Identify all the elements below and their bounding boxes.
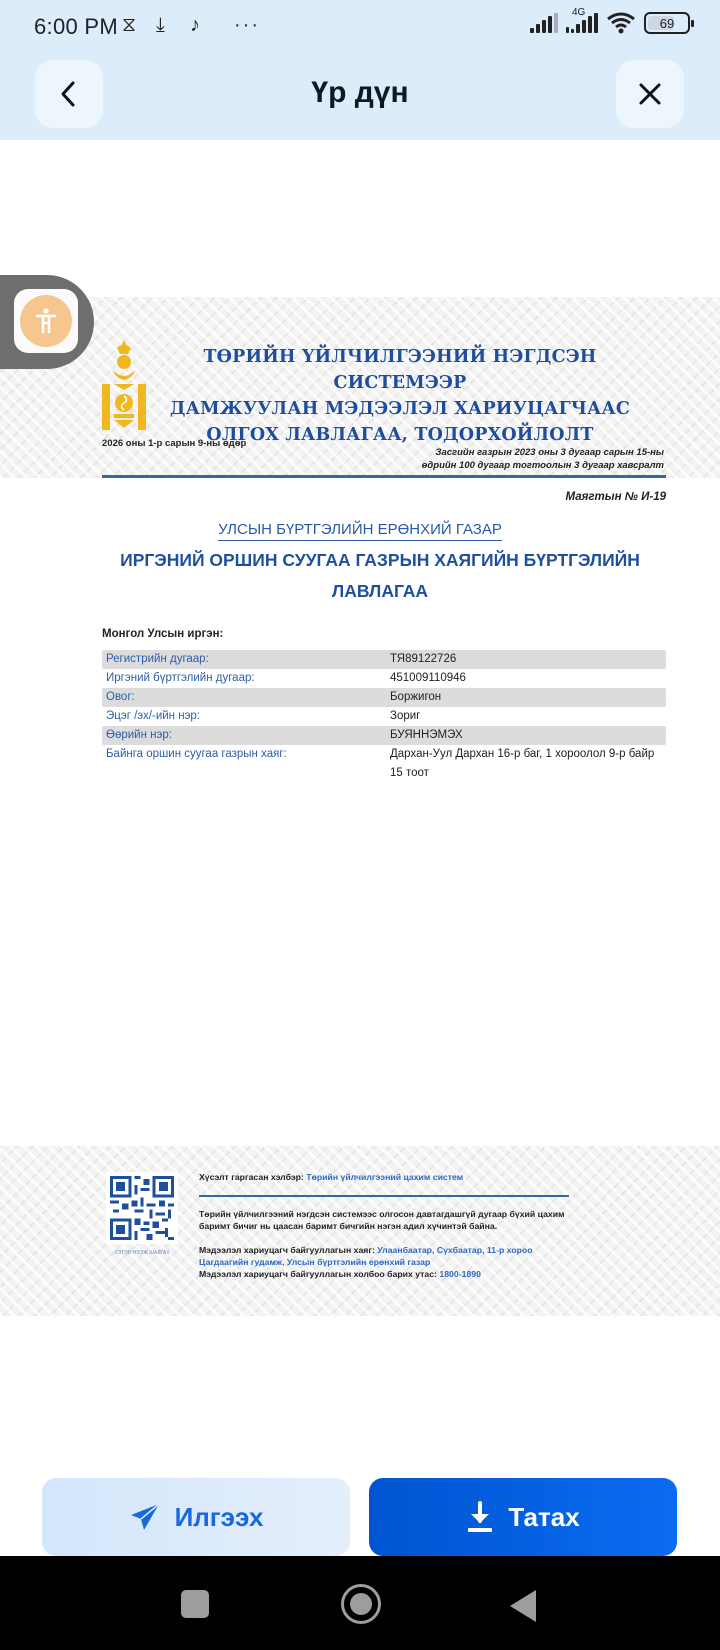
request-method: Хүсэлт гаргасан хэлбэр: Төрийн үйлчилгээ… [199,1172,579,1184]
field-row: Овог: Боржигон [102,688,666,707]
government-resolution: Засгийн газрын 2023 оны 3 дугаар сарын 1… [422,446,664,472]
document-title: ИРГЭНИЙ ОРШИН СУУГАА ГАЗРЫН ХАЯГИЙН БҮРТ… [120,545,640,607]
document-issuer-title: ТӨРИЙН ҮЙЛЧИЛГЭЭНИЙ НЭГДСЭН СИСТЕМЭЭР ДА… [150,344,650,448]
field-value: 451009110946 [390,669,666,688]
validity-notice: Төрийн үйлчилгээний нэгдсэн системээс ол… [199,1208,579,1232]
footer-divider [199,1195,569,1197]
back-triangle-icon[interactable] [510,1590,536,1622]
field-row: Эцэг /эх/-ийн нэр: Зориг [102,707,666,726]
soyombo-emblem-icon [100,340,148,432]
status-bar: 6:00 PM ⧖ ⤓ ♪ ··· 4G 69 [0,0,720,52]
signal-4g-icon: 4G [566,13,598,33]
download-icon: ⤓ [156,14,165,37]
field-value: БУЯННЭМЭХ [390,726,666,745]
accessibility-icon [34,307,58,335]
field-label: Иргэний бүртгэлийн дугаар: [102,669,390,688]
qr-caption: ХЭТЭВ НЭЭЖ ШАЛГАХ [104,1250,180,1256]
system-nav-bar [0,1556,720,1650]
wifi-icon [606,12,636,34]
close-icon [638,82,662,106]
qr-code [106,1172,178,1244]
send-button[interactable]: Илгээх [42,1478,350,1556]
citizen-fields-table: Регистрийн дугаар: ТЯ89122726 Иргэний бү… [102,650,666,783]
home-icon[interactable] [341,1584,381,1624]
field-row: Регистрийн дугаар: ТЯ89122726 [102,650,666,669]
capcut-icon: ⧖ [122,14,136,37]
field-label: Овог: [102,688,390,707]
download-icon [466,1501,494,1533]
close-button[interactable] [616,60,684,128]
signal-icon [530,13,558,33]
download-button[interactable]: Татах [369,1478,677,1556]
page-title: Үр дүн [0,76,720,110]
field-label: Эцэг /эх/-ийн нэр: [102,707,390,726]
recent-apps-icon[interactable] [181,1590,209,1618]
field-label: Байнга оршин суугаа газрын хаяг: [102,745,390,764]
organization-name: УЛСЫН БҮРТГЭЛИЙН ЕРӨНХИЙ ГАЗАР [0,521,720,538]
status-right: 4G 69 [530,12,690,34]
battery-icon: 69 [644,12,690,34]
accessibility-button[interactable] [0,275,94,369]
field-row: Иргэний бүртгэлийн дугаар: 451009110946 [102,669,666,688]
field-value: Боржигон [390,688,666,707]
form-number: Маягтын № И-19 [566,491,666,503]
status-time: 6:00 PM [34,14,118,40]
citizen-label: Монгол Улсын иргэн: [102,628,223,640]
more-dots-icon: ··· [234,14,260,37]
field-label: Регистрийн дугаар: [102,650,390,669]
app-topbar: 6:00 PM ⧖ ⤓ ♪ ··· 4G 69 [0,0,720,140]
field-value: ТЯ89122726 [390,650,666,669]
field-value: Дархан-Уул Дархан 16-р баг, 1 хороолол 9… [390,745,666,783]
send-icon [129,1502,161,1532]
document-date: 2026 оны 1-р сарын 9-ны өдөр [102,438,246,449]
field-row: Өөрийн нэр: БУЯННЭМЭХ [102,726,666,745]
field-value: Зориг [390,707,666,726]
header-divider [102,475,666,478]
field-label: Өөрийн нэр: [102,726,390,745]
field-row: Байнга оршин суугаа газрын хаяг: Дархан-… [102,745,666,783]
contact-info: Мэдээлэл хариуцагч байгууллагын хаяг: Ул… [199,1244,579,1280]
tiktok-icon: ♪ [190,14,200,37]
qr-code-icon [110,1176,174,1240]
